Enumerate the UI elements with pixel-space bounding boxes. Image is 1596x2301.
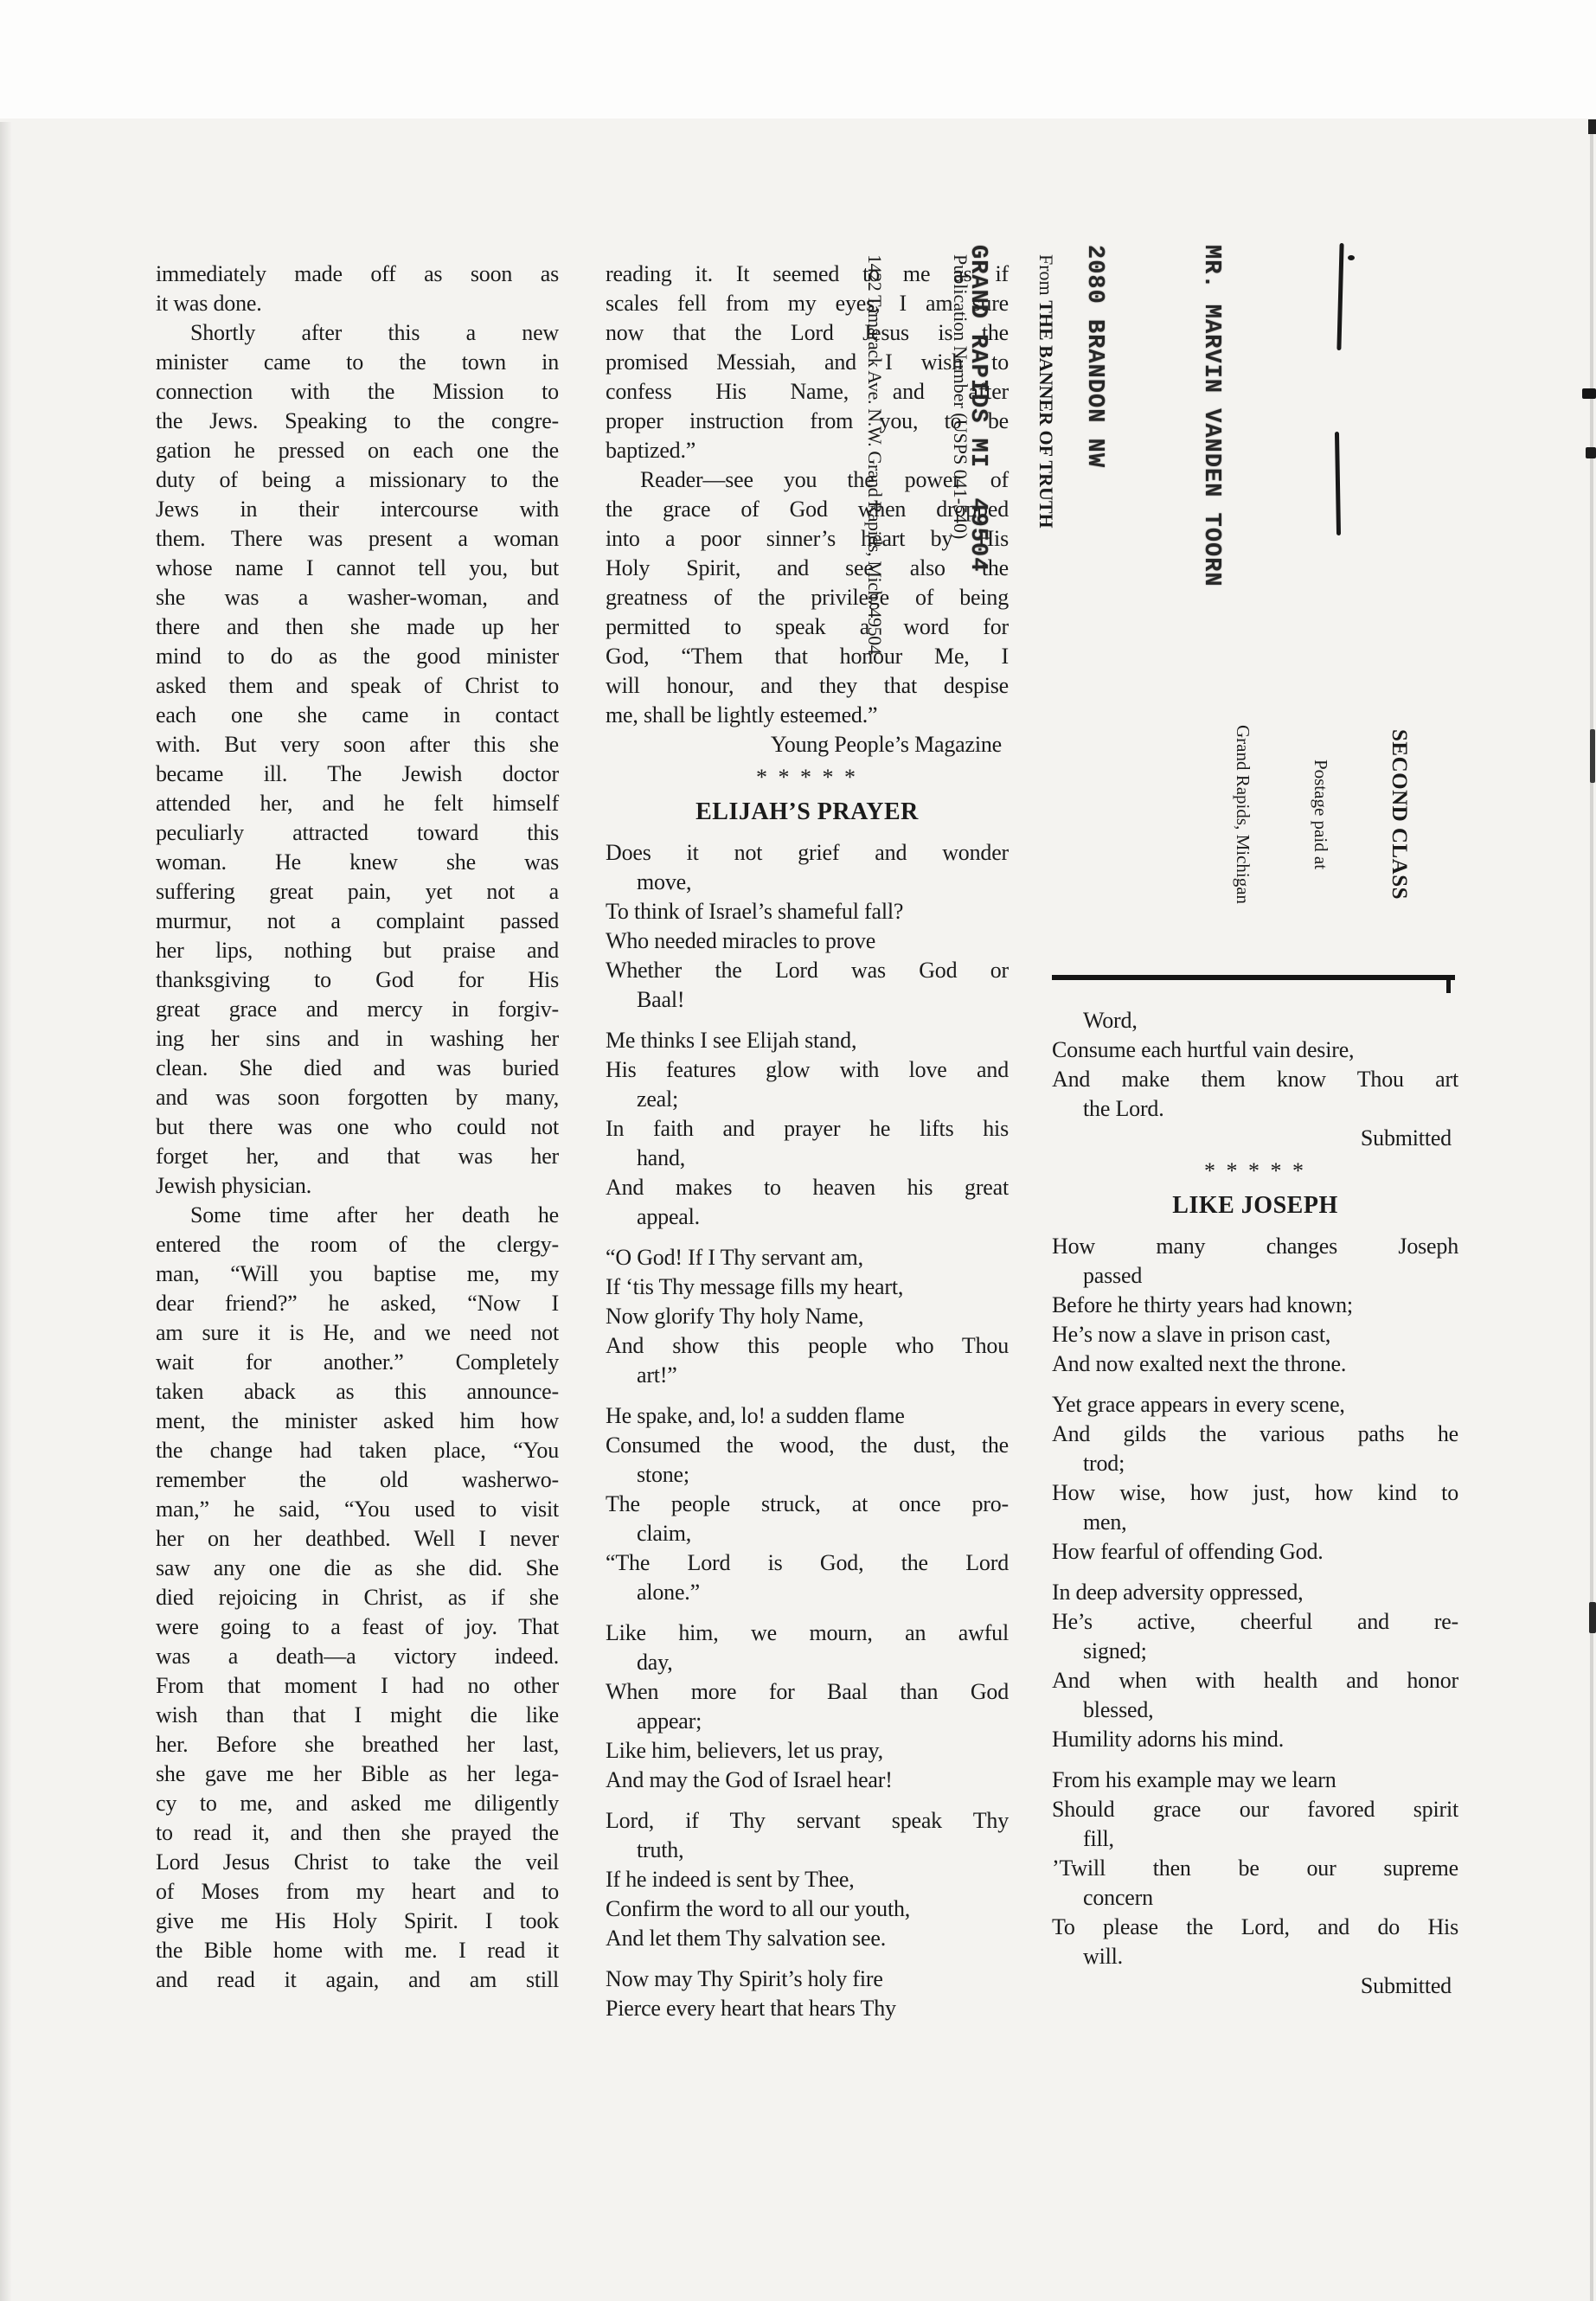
postage-paid-at: Postage paid at [1308,725,1334,904]
text-line: but there was one who could not [156,1112,559,1142]
divider-rule-tick [1446,975,1451,993]
text-line: If he indeed is sent by Thee, [606,1865,1009,1894]
text-line: signed; [1052,1637,1458,1666]
attribution-line: Submitted [1052,1124,1458,1153]
section-divider-stars: * * * * * [1052,1157,1458,1186]
pen-stroke-mark [1335,432,1341,535]
text-line: concern [1052,1883,1458,1913]
text-line: trod; [1052,1449,1458,1478]
text-line: truth, [606,1836,1009,1865]
text-line: He spake, and, lo! a sudden flame [606,1401,1009,1431]
text-line: immediately made off as soon as [156,260,559,289]
attribution-line: Young People’s Magazine [606,730,1009,760]
scan-edge-mark [1586,447,1596,458]
text-line: the change had taken place, “You [156,1436,559,1465]
text-line: How many changes Joseph [1052,1232,1458,1261]
poem-title: LIKE JOSEPH [1052,1191,1458,1221]
verse-stanza: Me thinks I see Elijah stand,His feature… [606,1026,1009,1232]
text-line: cy to me, and asked me diligently [156,1789,559,1818]
text-line: “O God! If I Thy servant am, [606,1243,1009,1272]
text-line: stone; [606,1460,1009,1490]
verse-stanza: Like him, we mourn, an awfulday,When mor… [606,1618,1009,1795]
text-line: And when with health and honor [1052,1666,1458,1695]
text-line: man,” he said, “You used to visit [156,1495,559,1524]
text-line: In deep adversity oppressed, [1052,1578,1458,1607]
text-line: duty of being a missionary to the [156,465,559,495]
text-line: passed [1052,1261,1458,1291]
text-line: Lord, if Thy servant speak Thy [606,1806,1009,1836]
text-line: became ill. The Jewish doctor [156,760,559,789]
verse-stanza: In deep adversity oppressed,He’s active,… [1052,1578,1458,1754]
scanner-background-strip [0,0,1596,119]
text-line: From that moment I had no other [156,1671,559,1701]
text-line: claim, [606,1519,1009,1548]
text-line: And makes to heaven his great [606,1173,1009,1202]
section-divider-stars: * * * * * [606,763,1009,792]
postage-permit: SECOND CLASS Postage paid at Grand Rapid… [1178,725,1464,904]
text-line: Before he thirty years had known; [1052,1291,1458,1320]
text-line: How wise, how just, how kind to [1052,1478,1458,1508]
text-line: peculiarly attracted toward this [156,818,559,848]
pen-stroke-mark [1336,243,1343,350]
text-line: the Bible home with me. I read it [156,1936,559,1965]
text-line: The people struck, at once pro- [606,1490,1009,1519]
text-line: Baal! [606,985,1009,1015]
text-line: clean. She died and was buried [156,1054,559,1083]
text-line: art!” [606,1361,1009,1390]
text-line: Lord Jesus Christ to take the veil [156,1848,559,1877]
text-line: suffering great pain, yet not a [156,877,559,907]
text-line: and was soon forgotten by many, [156,1083,559,1112]
text-line: His features glow with love and [606,1055,1009,1085]
text-line: When more for Baal than God [606,1677,1009,1707]
text-line: Now may Thy Spirit’s holy fire [606,1965,1009,1994]
text-line: wait for another.” Completely [156,1348,559,1377]
text-line: fill, [1052,1824,1458,1854]
text-line: He’s active, cheerful and re- [1052,1607,1458,1637]
text-line: From his example may we learn [1052,1766,1458,1795]
text-line: her on her deathbed. Well I never [156,1524,559,1554]
verse-stanza: Yet grace appears in every scene,And gil… [1052,1390,1458,1567]
text-line: were going to a feast of joy. That [156,1612,559,1642]
text-line: connection with the Mission to [156,377,559,407]
text-line: Consume each hurtful vain desire, [1052,1035,1458,1065]
text-line: ment, the minister asked him how [156,1407,559,1436]
verse-stanza: He spake, and, lo! a sudden flameConsume… [606,1401,1009,1607]
verse-stanza: Lord, if Thy servant speak Thytruth,If h… [606,1806,1009,1953]
text-line: gation he pressed on each one the [156,436,559,465]
text-line: she was a washer-woman, and [156,583,559,612]
postage-class: SECOND CLASS [1386,725,1412,904]
prose-paragraph: Shortly after this a newminister came to… [156,318,559,1201]
text-line: And let them Thy salvation see. [606,1924,1009,1953]
text-line: each one she came in contact [156,701,559,730]
text-line: move, [606,868,1009,897]
text-line: thanksgiving to God for His [156,965,559,995]
column-left: immediately made off as soon asit was do… [156,260,559,1995]
text-line: And may the God of Israel hear! [606,1766,1009,1795]
text-line: Should grace our favored spirit [1052,1795,1458,1824]
verse-stanza: Does it not grief and wondermove,To thin… [606,838,1009,1015]
prose-paragraph: Some time after her death heentered the … [156,1201,559,1995]
text-line: give me His Holy Spirit. I took [156,1907,559,1936]
text-line: Pierce every heart that hears Thy [606,1994,1009,2023]
text-line: And now exalted next the throne. [1052,1349,1458,1379]
text-line: He’s now a slave in prison cast, [1052,1320,1458,1349]
verse-stanza: “O God! If I Thy servant am,If ‘tis Thy … [606,1243,1009,1390]
scan-edge-mark [1590,729,1595,783]
text-line: How fearful of offending God. [1052,1537,1458,1567]
text-line: man, “Will you baptise me, my [156,1259,559,1289]
text-line: alone.” [606,1578,1009,1607]
text-line: zeal; [606,1085,1009,1114]
text-line: me, shall be lightly esteemed.” [606,701,1009,730]
text-line: Jewish physician. [156,1171,559,1201]
text-line: And show this people who Thou [606,1331,1009,1361]
text-line: To please the Lord, and do His [1052,1913,1458,1942]
text-line: Jews in their intercourse with [156,495,559,524]
text-line: saw any one die as she did. She [156,1554,559,1583]
text-line: Now glorify Thy holy Name, [606,1302,1009,1331]
text-line: and read it again, and am still [156,1965,559,1995]
text-line: men, [1052,1508,1458,1537]
text-line: remember the old washerwo- [156,1465,559,1495]
prose-paragraph: immediately made off as soon asit was do… [156,260,559,318]
text-line: hand, [606,1144,1009,1173]
text-line: wish than that I might die like [156,1701,559,1730]
text-line: minister came to the town in [156,348,559,377]
page-left-shadow [0,122,12,2301]
mailing-address-label: MR. MARVIN VANDEN TOORN 2080 BRANDON NW … [880,245,1308,587]
text-line: attended her, and he felt himself [156,789,559,818]
poem-title: ELIJAH’S PRAYER [606,798,1009,827]
text-line: To think of Israel’s shameful fall? [606,897,1009,926]
text-line: woman. He knew she was [156,848,559,877]
text-line: will honour, and they that despise [606,671,1009,701]
text-line: murmur, not a complaint passed [156,907,559,936]
recipient-street: 2080 BRANDON NW [1074,245,1113,587]
text-line: Yet grace appears in every scene, [1052,1390,1458,1420]
text-line: with. But very soon after this she [156,730,559,760]
verse-stanza: How many changes JosephpassedBefore he t… [1052,1232,1458,1379]
text-line: Confirm the word to all our youth, [606,1894,1009,1924]
text-line: she gave me her Bible as her lega- [156,1759,559,1789]
text-line: forget her, and that was her [156,1142,559,1171]
scan-corner-artifact [1588,119,1596,134]
text-line: Like him, we mourn, an awful [606,1618,1009,1648]
text-line: dear friend?” he asked, “Now I [156,1289,559,1318]
text-line: day, [606,1648,1009,1677]
column-right: Word,Consume each hurtful vain desire,An… [1052,995,1458,2001]
text-line: to read it, and then she prayed the [156,1818,559,1848]
text-line: In faith and prayer he lifts his [606,1114,1009,1144]
text-line: Word, [1052,1006,1458,1035]
text-line: was a death—a victory indeed. [156,1642,559,1671]
postage-city: Grand Rapids, Michigan [1230,725,1256,904]
text-line: Shortly after this a new [156,318,559,348]
text-line: them. There was present a woman [156,524,559,554]
text-line: Me thinks I see Elijah stand, [606,1026,1009,1055]
text-line: the Jews. Speaking to the congre- [156,407,559,436]
magazine-page-scan: immediately made off as soon asit was do… [0,0,1596,2301]
divider-rule [1052,975,1455,980]
text-line: Like him, believers, let us pray, [606,1736,1009,1766]
text-line: ing her sins and in washing her [156,1024,559,1054]
attribution-line: Submitted [1052,1971,1458,2001]
text-line: Who needed miracles to prove [606,926,1009,956]
page-top-edge [0,119,1596,122]
text-line: And gilds the various paths he [1052,1420,1458,1449]
text-line: her. Before she breathed her last, [156,1730,559,1759]
text-line: “The Lord is God, the Lord [606,1548,1009,1578]
text-line: Whether the Lord was God or [606,956,1009,985]
text-line: entered the room of the clergy- [156,1230,559,1259]
text-line: taken aback as this announce- [156,1377,559,1407]
text-line: Humility adorns his mind. [1052,1725,1458,1754]
text-line: appear; [606,1707,1009,1736]
text-line: of Moses from my heart and to [156,1877,559,1907]
recipient-city: GRAND RAPIDS MI 49504 [958,245,997,587]
verse-stanza: Word,Consume each hurtful vain desire,An… [1052,1006,1458,1124]
text-line: her lips, nothing but praise and [156,936,559,965]
verse-stanza: Now may Thy Spirit’s holy firePierce eve… [606,1965,1009,2023]
text-line: mind to do as the good minister [156,642,559,671]
text-line: died rejoicing in Christ, as if she [156,1583,559,1612]
scan-edge-mark [1582,388,1596,399]
text-line: am sure it is He, and we need not [156,1318,559,1348]
text-line: Consumed the wood, the dust, the [606,1431,1009,1460]
text-line: And make them know Thou art [1052,1065,1458,1094]
text-line: If ‘tis Thy message fills my heart, [606,1272,1009,1302]
text-line: there and then she made up her [156,612,559,642]
recipient-name: MR. MARVIN VANDEN TOORN [1191,245,1230,587]
text-line: Some time after her death he [156,1201,559,1230]
text-line: great grace and mercy in forgiv- [156,995,559,1024]
text-line: ’Twill then be our supreme [1052,1854,1458,1883]
text-line: blessed, [1052,1695,1458,1725]
text-line: it was done. [156,289,559,318]
text-line: asked them and speak of Christ to [156,671,559,701]
text-line: Does it not grief and wonder [606,838,1009,868]
text-line: whose name I cannot tell you, but [156,554,559,583]
verse-stanza: From his example may we learnShould grac… [1052,1766,1458,1971]
text-line: the Lord. [1052,1094,1458,1124]
text-line: appeal. [606,1202,1009,1232]
scan-edge-mark [1589,1602,1596,1633]
pen-dot-mark [1348,255,1355,260]
text-line: will. [1052,1942,1458,1971]
